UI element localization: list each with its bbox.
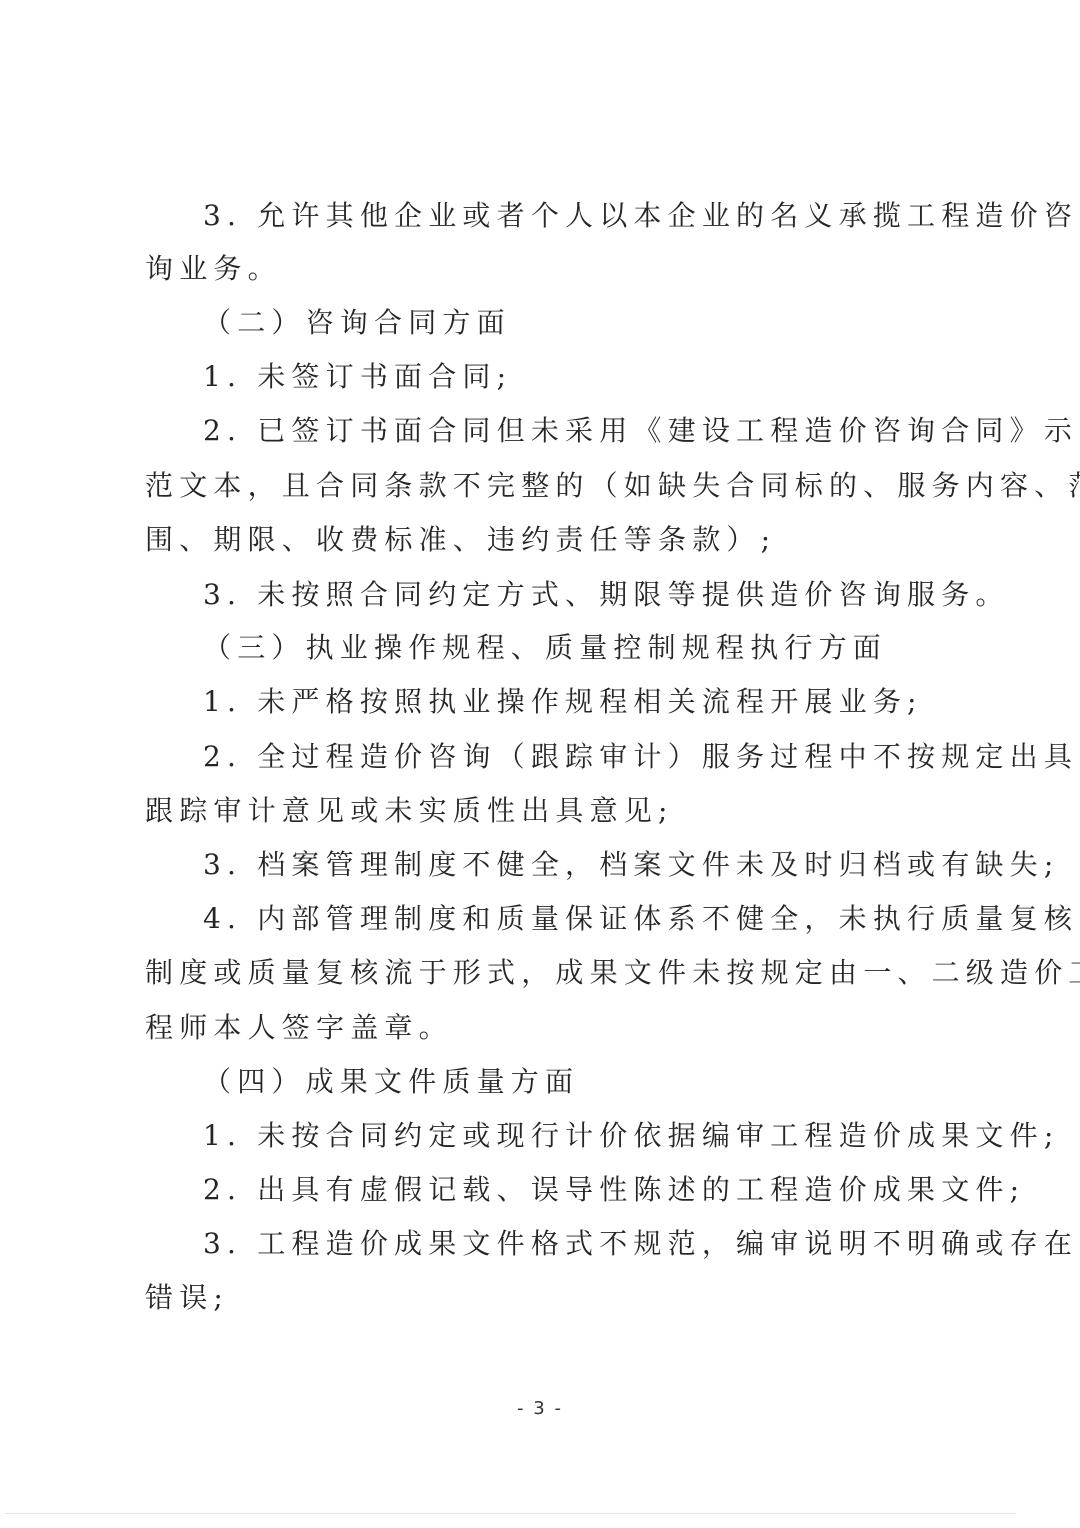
practice-item-2-line2: 跟踪审计意见或未实质性出具意见; — [145, 793, 945, 829]
contract-item-2-line3: 围、期限、收费标准、违约责任等条款）; — [145, 522, 945, 558]
quality-item-2: 2. 出具有虚假记载、误导性陈述的工程造价成果文件; — [203, 1172, 1003, 1208]
scan-edge-divider — [5, 1513, 1015, 1514]
practice-item-4-line3: 程师本人签字盖章。 — [145, 1010, 945, 1046]
contract-item-2-line1: 2. 已签订书面合同但未采用《建设工程造价咨询合同》示 — [203, 413, 1003, 449]
practice-item-4-line2: 制度或质量复核流于形式，成果文件未按规定由一、二级造价工 — [145, 955, 945, 991]
practice-item-4-line1: 4. 内部管理制度和质量保证体系不健全，未执行质量复核 — [203, 901, 1003, 937]
page-number: - 3 - — [0, 1398, 1080, 1419]
section-heading-4-deliverable-quality: （四）成果文件质量方面 — [203, 1064, 1003, 1100]
quality-item-1: 1. 未按合同约定或现行计价依据编审工程造价成果文件; — [203, 1118, 1003, 1154]
contract-item-2-line2: 范文本，且合同条款不完整的（如缺失合同标的、服务内容、范 — [145, 468, 945, 504]
quality-item-3-line1: 3. 工程造价成果文件格式不规范，编审说明不明确或存在 — [203, 1226, 1003, 1262]
document-page: 3. 允许其他企业或者个人以本企业的名义承揽工程造价咨 询业务。 （二）咨询合同… — [0, 0, 1080, 1528]
section-heading-3-practice-procedures: （三）执业操作规程、质量控制规程执行方面 — [203, 630, 1003, 666]
practice-item-1: 1. 未严格按照执业操作规程相关流程开展业务; — [203, 684, 1003, 720]
section-heading-2-consulting-contract: （二）咨询合同方面 — [203, 305, 1003, 341]
practice-item-3: 3. 档案管理制度不健全，档案文件未及时归档或有缺失; — [203, 847, 1003, 883]
practice-item-2-line1: 2. 全过程造价咨询（跟踪审计）服务过程中不按规定出具 — [203, 739, 1003, 775]
contract-item-1: 1. 未签订书面合同; — [203, 359, 1003, 395]
item-3-allow-others-line1: 3. 允许其他企业或者个人以本企业的名义承揽工程造价咨 — [203, 198, 1003, 234]
quality-item-3-line2: 错误; — [145, 1280, 945, 1316]
item-3-allow-others-line2: 询业务。 — [145, 251, 945, 287]
contract-item-3: 3. 未按照合同约定方式、期限等提供造价咨询服务。 — [203, 577, 1003, 613]
